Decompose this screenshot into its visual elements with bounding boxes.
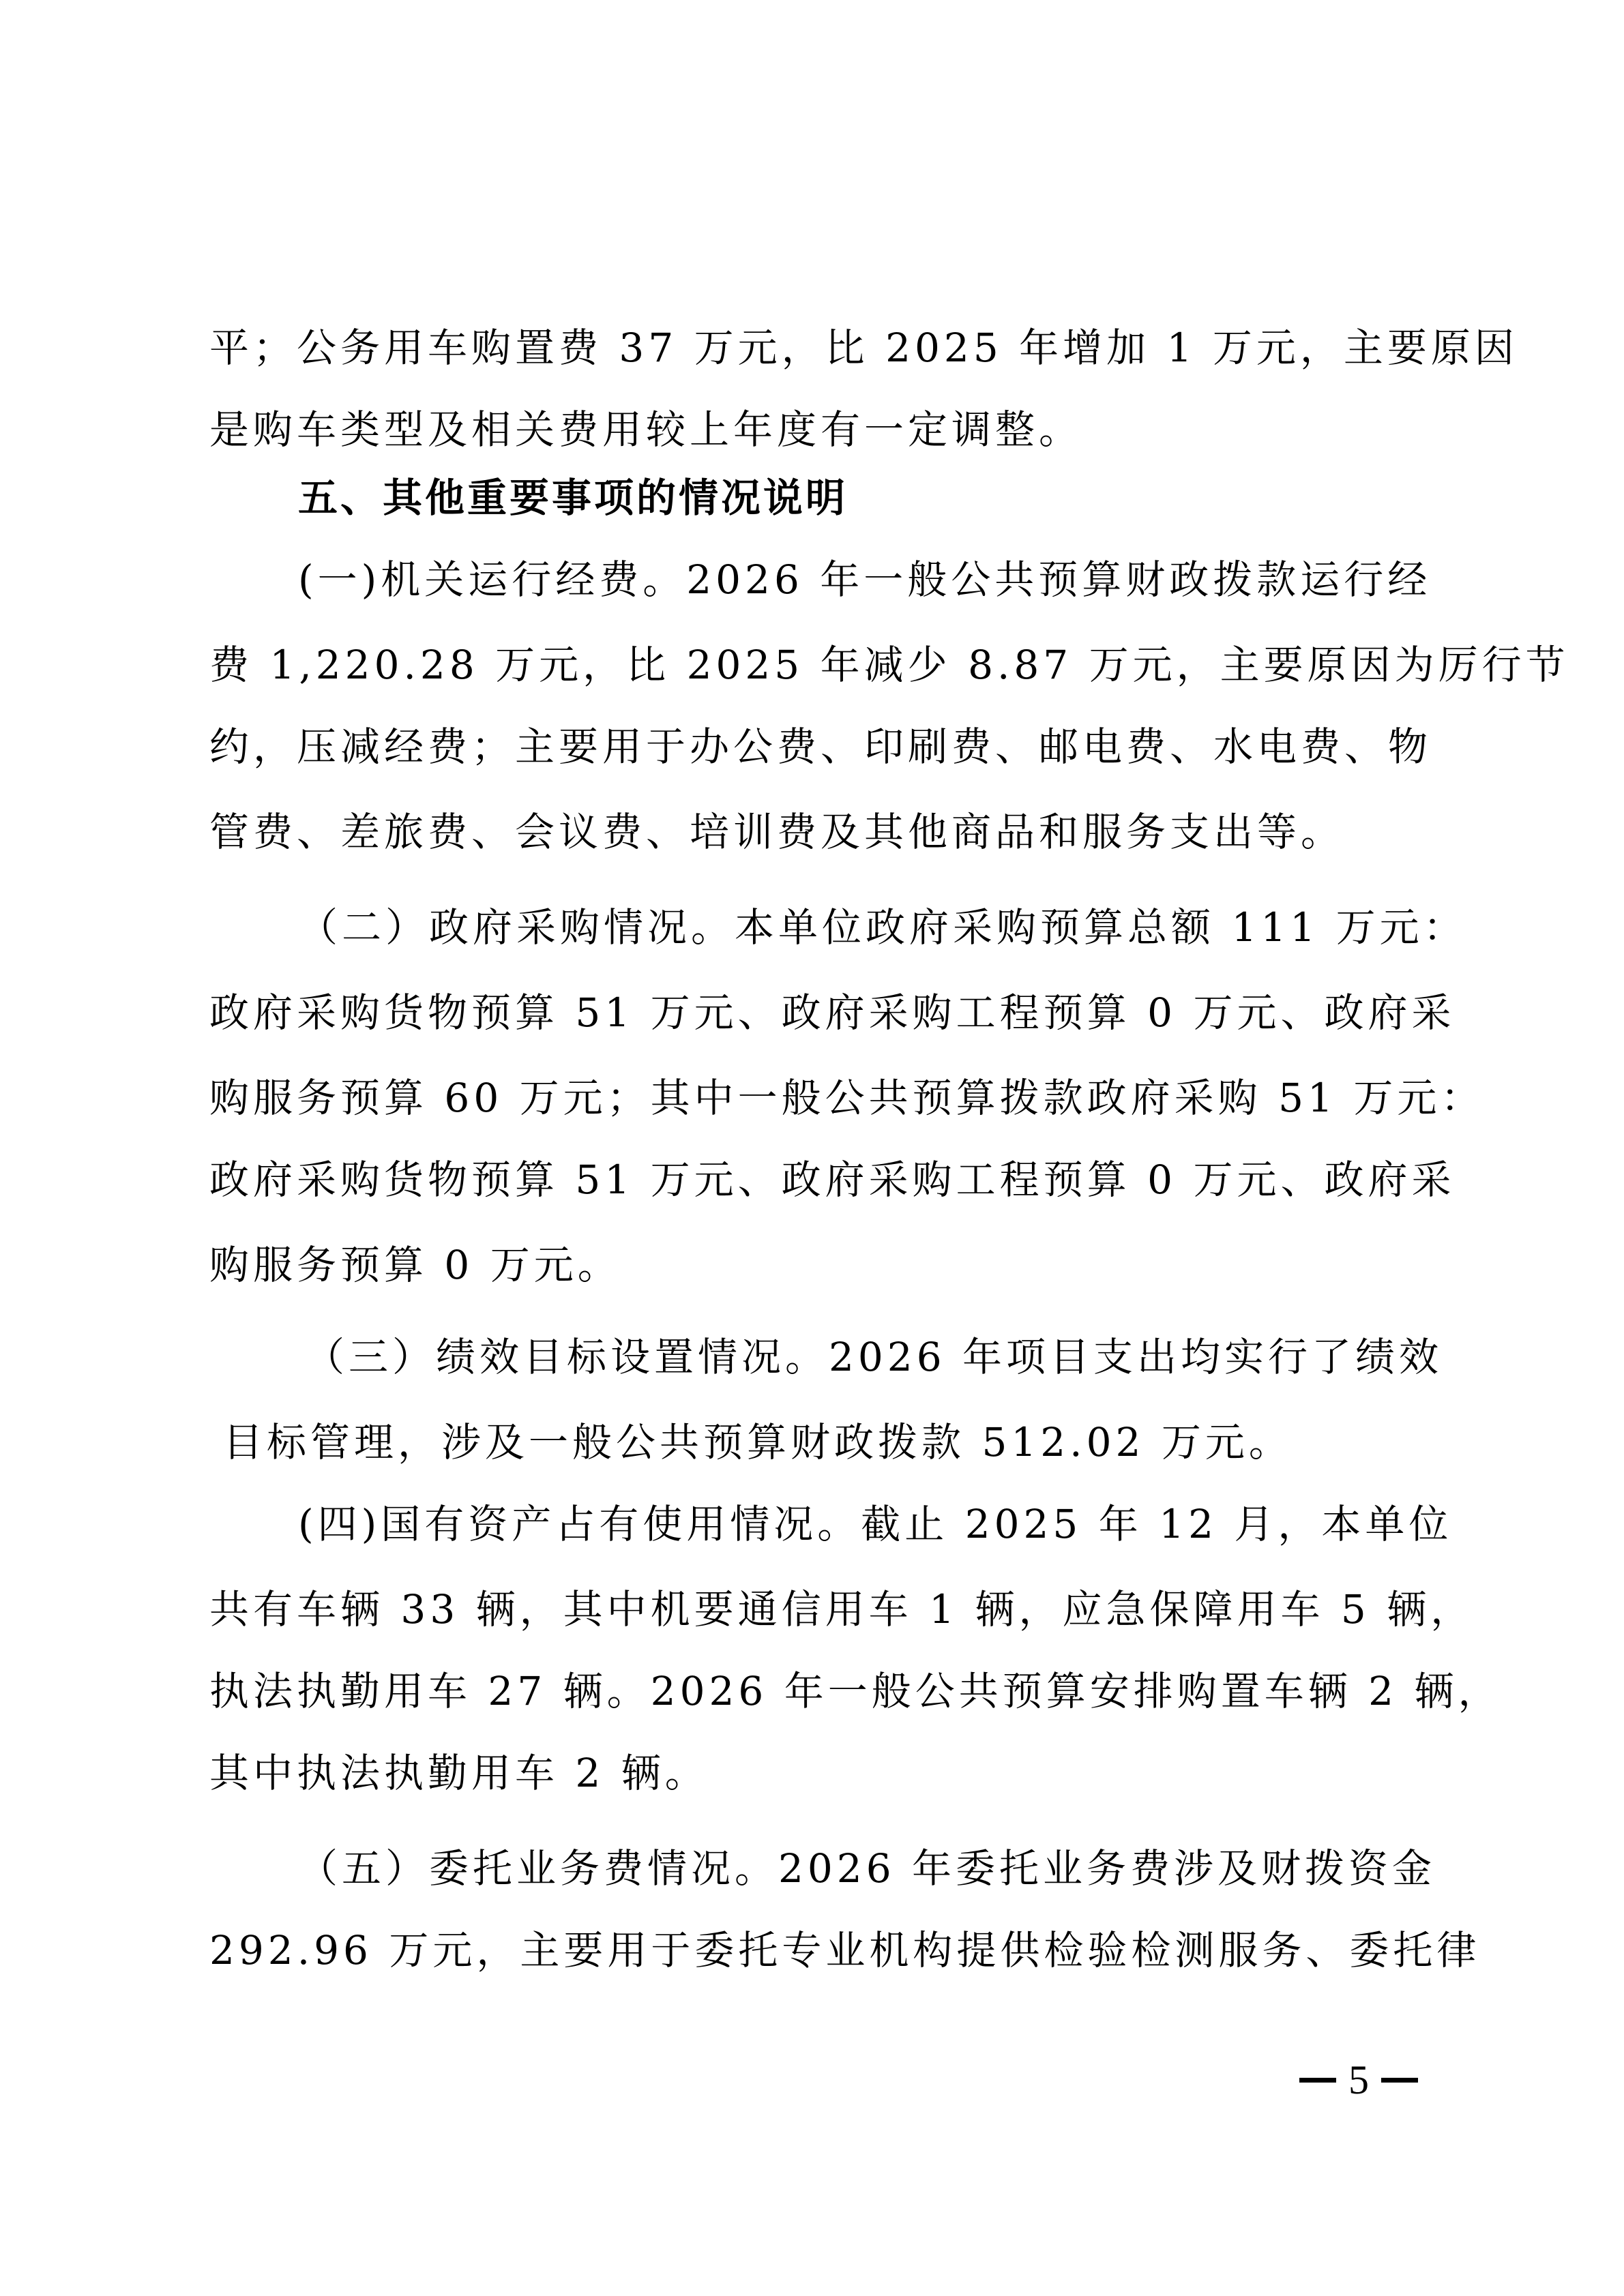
subsection-2-line: （二）政府采购情况。本单位政府采购预算总额 111 万元： [298,900,1417,955]
document-page: 平；公务用车购置费 37 万元，比 2025 年增加 1 万元，主要原因 是购车… [0,0,1624,2296]
paragraph-line: 管费、差旅费、会议费、培训费及其他商品和服务支出等。 [209,805,1417,859]
paragraph-line: 执法执勤用车 27 辆。2026 年一般公共预算安排购置车辆 2 辆， [209,1664,1417,1718]
paragraph-line: 约，压减经费；主要用于办公费、印刷费、邮电费、水电费、物 [209,719,1417,774]
paragraph-line: 其中执法执勤用车 2 辆。 [209,1746,1417,1800]
subsection-4-line: (四)国有资产占有使用情况。截止 2025 年 12 月，本单位 [298,1497,1417,1551]
page-number-value: 5 [1348,2053,1369,2107]
paragraph-line: 目标管理，涉及一般公共预算财政拨款 512.02 万元。 [223,1415,1430,1470]
paragraph-line: 共有车辆 33 辆，其中机要通信用车 1 辆，应急保障用车 5 辆， [209,1582,1400,1637]
paragraph-line: 是购车类型及相关费用较上年度有一定调整。 [209,402,1417,457]
page-number: 5 [1299,2053,1418,2107]
paragraph-line: 政府采购货物预算 51 万元、政府采购工程预算 0 万元、政府采 [209,1152,1417,1207]
subsection-3-line: （三）绩效目标设置情况。2026 年项目支出均实行了绩效 [305,1330,1417,1384]
paragraph-line: 292.96 万元，主要用于委托专业机构提供检验检测服务、委托律 [209,1923,1417,1978]
dash-right [1381,2078,1418,2083]
dash-left [1299,2078,1336,2083]
paragraph-line: 费 1,220.28 万元，比 2025 年减少 8.87 万元，主要原因为厉行… [209,638,1417,692]
paragraph-line: 购服务预算 0 万元。 [209,1238,1417,1292]
subsection-5-line: （五）委托业务费情况。2026 年委托业务费涉及财拨资金 [298,1841,1417,1896]
paragraph-line: 政府采购货物预算 51 万元、政府采购工程预算 0 万元、政府采 [209,985,1417,1040]
subsection-1-line: (一)机关运行经费。2026 年一般公共预算财政拨款运行经 [298,552,1417,607]
section-heading: 五、其他重要事项的情况说明 [298,471,848,525]
paragraph-line: 平；公务用车购置费 37 万元，比 2025 年增加 1 万元，主要原因 [209,320,1417,375]
paragraph-line: 购服务预算 60 万元；其中一般公共预算拨款政府采购 51 万元： [209,1071,1417,1125]
